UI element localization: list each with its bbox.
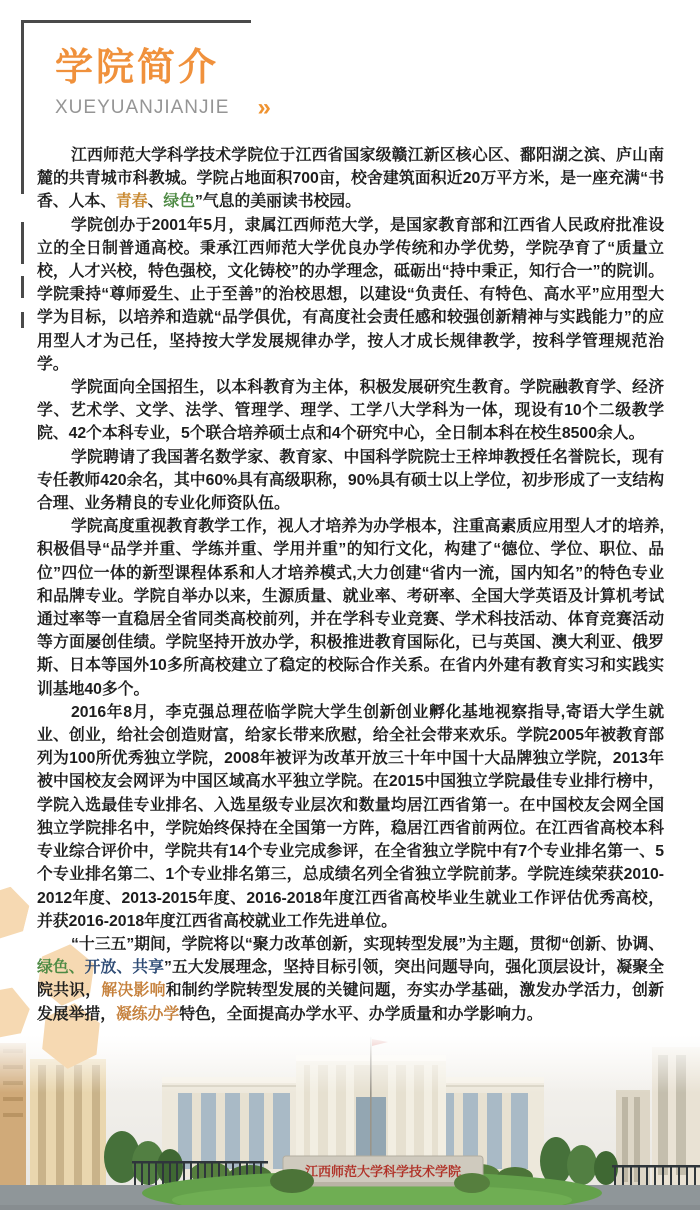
- text-run: 青春: [116, 193, 148, 210]
- page-subtitle-pinyin: XUEYUANJIANJIE: [55, 97, 229, 119]
- corner-frame-vertical-line: [21, 20, 24, 194]
- hexagon-decor: [0, 881, 36, 946]
- double-chevron-icon: »: [257, 96, 270, 120]
- text-run: 特色，全面提高办学水平、办学质量和办学影响力。: [179, 1006, 542, 1023]
- text-run: 学院聘请了我国著名数学家、教育家、中国科学院院士王梓坤教授任名誉院长，现有专任教…: [37, 449, 664, 512]
- text-run: 绿色、: [37, 959, 85, 976]
- article-paragraph: 学院聘请了我国著名数学家、教育家、中国科学院院士王梓坤教授任名誉院长，现有专任教…: [37, 446, 664, 516]
- text-run: 学院创办于2001年5月，隶属江西师范大学，是国家教育部和江西省人民政府批准设立…: [37, 217, 664, 373]
- corner-frame-horizontal-line: [21, 20, 251, 23]
- text-run: 开放、共享: [85, 959, 164, 976]
- text-run: “十三五”期间，学院将以“聚力改革创新，实现转型发展”为主题，贯彻“创新、协调、: [71, 936, 664, 953]
- text-run: 解决影响: [101, 982, 165, 999]
- campus-photo-illustration: 江西师范大学科学技术学院: [0, 1035, 700, 1210]
- text-run: 学院高度重视教育教学工作，视人才培养为办学根本，注重高素质应用型人才的培养,积极…: [37, 518, 664, 697]
- article-paragraph: 学院高度重视教育教学工作，视人才培养为办学根本，注重高素质应用型人才的培养,积极…: [37, 515, 664, 701]
- text-run: 学院面向全国招生，以本科教育为主体，积极发展研究生教育。学院融教育学、经济学、艺…: [37, 379, 664, 442]
- page-title: 学院简介: [55, 48, 271, 90]
- text-run: 、: [148, 193, 164, 210]
- article-paragraph: 江西师范大学科学技术学院位于江西省国家级赣江新区核心区、鄱阳湖之滨、庐山南麓的共…: [37, 144, 664, 214]
- frame-dash-segment: [21, 312, 24, 328]
- article-paragraph: 学院面向全国招生，以本科教育为主体，积极发展研究生教育。学院融教育学、经济学、艺…: [37, 376, 664, 446]
- frame-dash-segment: [21, 222, 24, 264]
- page: 学院简介 XUEYUANJIANJIE » 江西师范大学科学技术学院位于江西省国…: [0, 0, 700, 1210]
- article-body: 江西师范大学科学技术学院位于江西省国家级赣江新区核心区、鄱阳湖之滨、庐山南麓的共…: [37, 144, 664, 1026]
- campus-photo: 江西师范大学科学技术学院: [0, 1035, 700, 1210]
- text-run: ”气息的美丽读书校园。: [195, 193, 361, 210]
- article-paragraph: 2016年8月，李克强总理莅临学院大学生创新创业孵化基地视察指导,寄语大学生就业…: [37, 701, 664, 933]
- frame-dash-segment: [21, 276, 24, 298]
- text-run: 2016年8月，李克强总理莅临学院大学生创新创业孵化基地视察指导,寄语大学生就业…: [37, 704, 664, 930]
- campus-sign-text: 江西师范大学科学技术学院: [304, 1164, 461, 1179]
- article-paragraph: 学院创办于2001年5月，隶属江西师范大学，是国家教育部和江西省人民政府批准设立…: [37, 214, 664, 376]
- section-header: 学院简介 XUEYUANJIANJIE »: [55, 48, 271, 120]
- article-paragraph: “十三五”期间，学院将以“聚力改革创新，实现转型发展”为主题，贯彻“创新、协调、…: [37, 933, 664, 1026]
- text-run: 绿色: [163, 193, 195, 210]
- text-run: 凝练办学: [116, 1006, 179, 1023]
